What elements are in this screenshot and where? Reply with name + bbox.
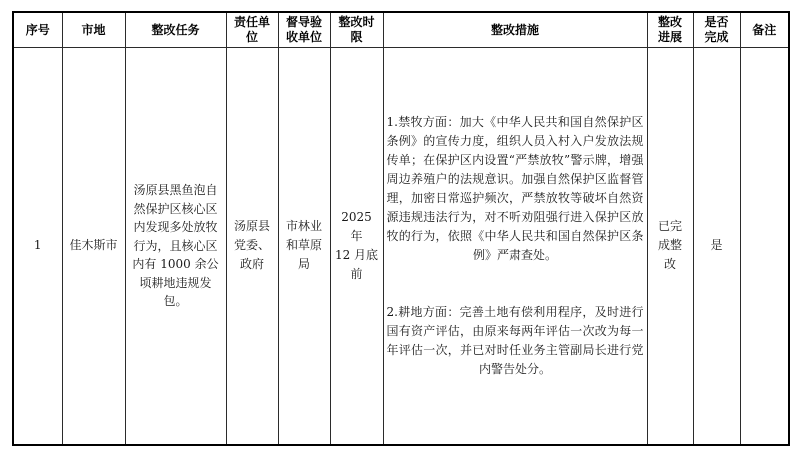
cell-completed: 是 [693, 48, 740, 445]
table-header-row: 序号 市地 整改任务 责任单 位 督导验 收单位 整改时 限 整改措施 整改 进… [13, 12, 789, 48]
rectification-table: 序号 市地 整改任务 责任单 位 督导验 收单位 整改时 限 整改措施 整改 进… [12, 11, 790, 446]
header-col-index: 序号 [13, 12, 62, 48]
cell-index: 1 [13, 48, 62, 445]
header-col-responsible-unit: 责任单 位 [226, 12, 278, 48]
header-col-completed: 是否 完成 [693, 12, 740, 48]
cell-responsible-unit: 汤原县 党委、 政府 [226, 48, 278, 445]
cell-remarks [740, 48, 789, 445]
header-col-progress: 整改 进展 [647, 12, 693, 48]
header-col-deadline: 整改时 限 [330, 12, 383, 48]
header-col-city: 市地 [62, 12, 125, 48]
cell-deadline: 2025 年 12 月底 前 [330, 48, 383, 445]
cell-city: 佳木斯市 [62, 48, 125, 445]
table-row: 1 佳木斯市 汤原县黑鱼泡自然保护区核心区内发现多处放牧行为，且核心区内有 10… [13, 48, 789, 445]
measures-paragraph-2: 2.耕地方面：完善土地有偿利用程序，及时进行国有资产评估，由原来每两年评估一次改… [387, 303, 644, 379]
cell-task: 汤原县黑鱼泡自然保护区核心区内发现多处放牧行为，且核心区内有 1000 余公顷耕… [125, 48, 226, 445]
document-page: 序号 市地 整改任务 责任单 位 督导验 收单位 整改时 限 整改措施 整改 进… [0, 0, 800, 454]
header-col-measures: 整改措施 [383, 12, 647, 48]
cell-progress: 已完 成整 改 [647, 48, 693, 445]
cell-measures: 1.禁牧方面：加大《中华人民共和国自然保护区条例》的宣传力度，组织人员入村入户发… [383, 48, 647, 445]
header-col-supervision-unit: 督导验 收单位 [278, 12, 330, 48]
measures-paragraph-1: 1.禁牧方面：加大《中华人民共和国自然保护区条例》的宣传力度，组织人员入村入户发… [387, 113, 644, 265]
header-col-remarks: 备注 [740, 12, 789, 48]
header-col-task: 整改任务 [125, 12, 226, 48]
cell-supervision-unit: 市林业 和草原 局 [278, 48, 330, 445]
